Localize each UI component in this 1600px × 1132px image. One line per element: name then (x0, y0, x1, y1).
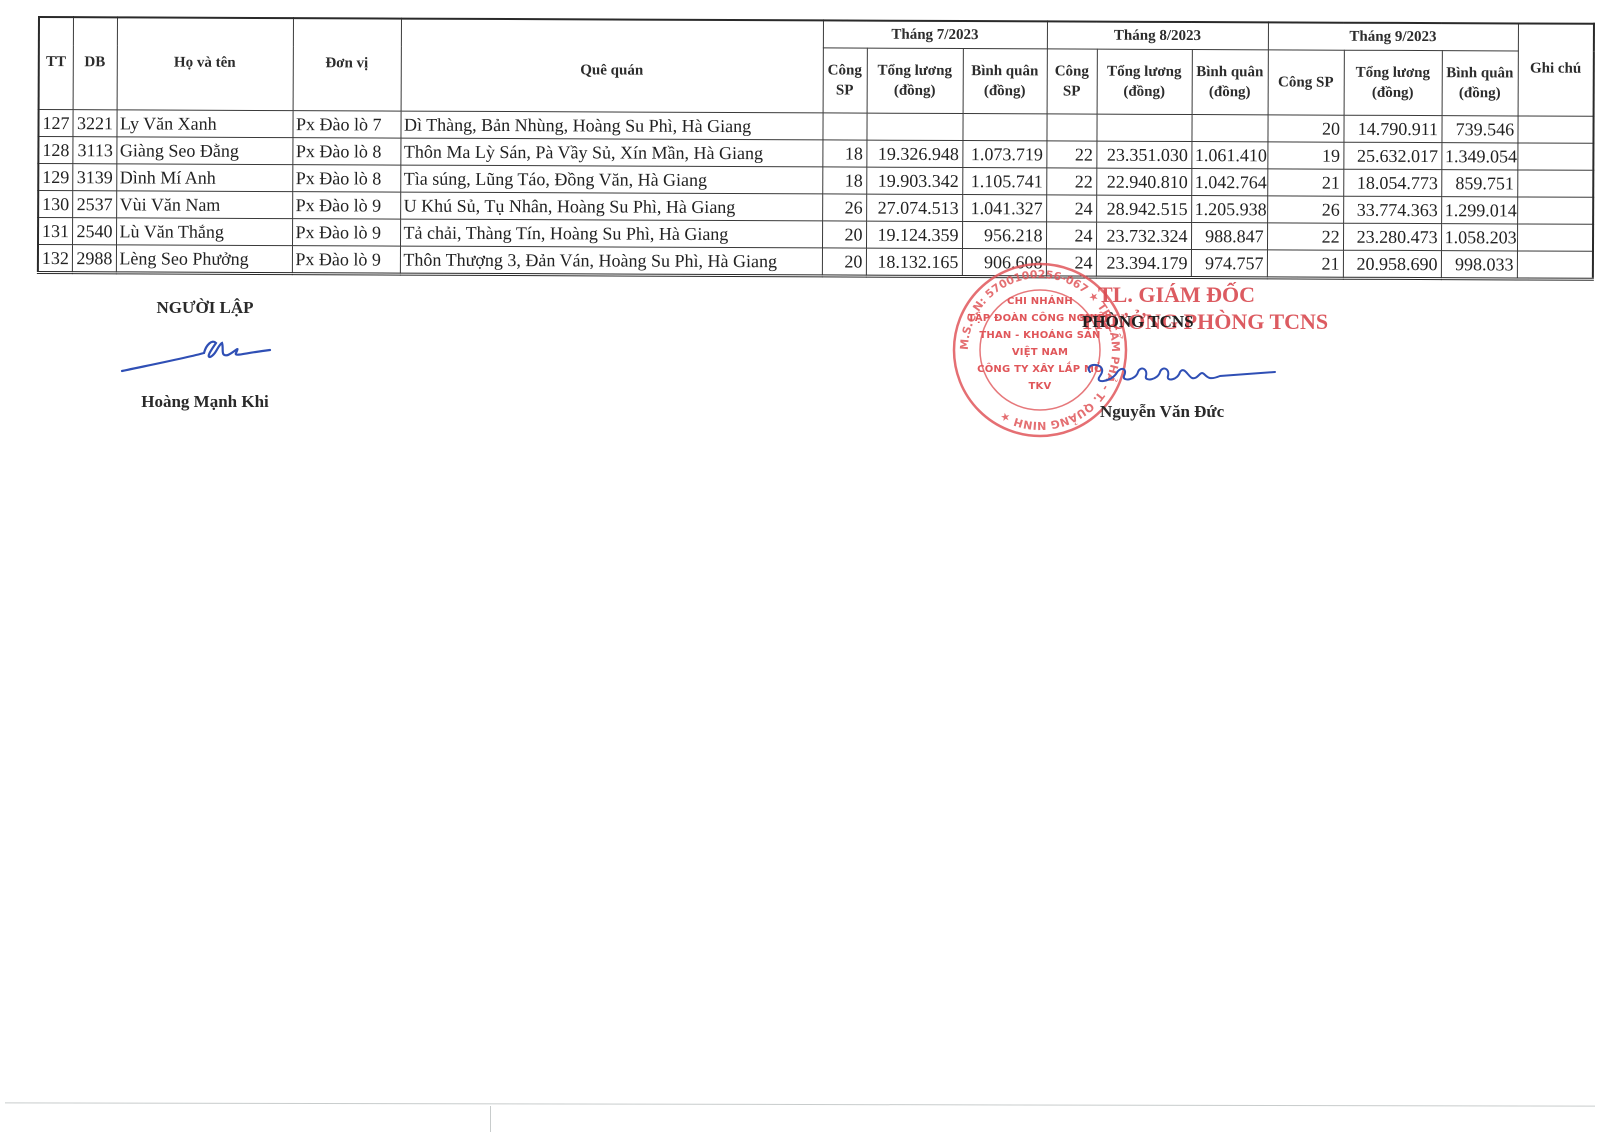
cell-unit: Px Đào lò 9 (292, 192, 400, 219)
cell-m8-tong-luong: 28.942.515 (1096, 195, 1191, 222)
header-db: DB (73, 17, 117, 110)
header-m8-tong-luong: Tổng lương (đồng) (1097, 49, 1192, 114)
header-m8-binh-quan: Bình quân (đồng) (1192, 50, 1268, 115)
cell-tt: 127 (38, 110, 72, 137)
cell-hometown: Thôn Thượng 3, Đản Ván, Hoàng Su Phì, Hà… (400, 246, 822, 276)
cell-m7-tong-luong: 19.124.359 (866, 221, 962, 248)
cell-db: 3139 (72, 164, 116, 191)
header-m7-binh-quan: Bình quân (đồng) (963, 49, 1047, 114)
header-m7-cong-sp: Công SP (823, 48, 867, 113)
signer-right-name: Nguyễn Văn Đức (1100, 402, 1224, 422)
signer-left-name: Hoàng Mạnh Khi (120, 392, 290, 412)
header-tt: TT (39, 17, 73, 110)
salary-table: TT DB Họ và tên Đơn vị Quê quán Tháng 7/… (37, 16, 1595, 281)
signer-left-title: NGƯỜI LẬP (120, 298, 290, 318)
cell-m7-cong-sp: 26 (822, 194, 866, 221)
cell-db: 2537 (72, 191, 116, 218)
cell-m7-binh-quan (962, 114, 1046, 141)
cell-m7-binh-quan: 956.218 (962, 222, 1046, 249)
cell-name: Ly Văn Xanh (116, 110, 292, 138)
signature-left-icon (120, 335, 280, 380)
signer-right-title: PHÒNG TCNS (1082, 312, 1194, 332)
cell-m8-binh-quan (1191, 115, 1267, 142)
cell-unit: Px Đào lò 9 (292, 246, 400, 274)
cell-hometown: U Khú Sủ, Tụ Nhân, Hoàng Su Phì, Hà Gian… (400, 192, 822, 221)
cell-name: Dình Mí Anh (116, 164, 292, 192)
cell-m9-binh-quan: 859.751 (1441, 170, 1517, 197)
cell-m8-cong-sp (1046, 114, 1096, 141)
cell-name: Vùi Văn Nam (116, 191, 292, 219)
cell-m9-binh-quan: 1.299.014 (1441, 197, 1517, 224)
cell-m7-tong-luong (866, 113, 962, 140)
cell-unit: Px Đào lò 8 (292, 138, 400, 165)
header-m7-tong-luong: Tổng lương (đồng) (867, 48, 963, 113)
cell-note (1517, 143, 1593, 170)
header-month-7: Tháng 7/2023 (823, 20, 1047, 48)
cell-tt: 132 (38, 245, 72, 273)
cell-m7-tong-luong: 27.074.513 (866, 194, 962, 221)
cell-m9-binh-quan: 1.058.203 (1441, 224, 1517, 251)
header-m9-binh-quan: Bình quân (đồng) (1442, 51, 1518, 116)
cell-m7-binh-quan: 1.073.719 (962, 141, 1046, 168)
cell-m8-tong-luong: 23.351.030 (1096, 141, 1191, 168)
cell-m7-tong-luong: 19.326.948 (866, 140, 962, 167)
cell-m8-cong-sp: 22 (1046, 141, 1096, 168)
cell-tt: 130 (38, 191, 72, 218)
header-hometown: Quê quán (401, 19, 823, 113)
scan-edge-line (5, 1102, 1595, 1106)
cell-note (1517, 170, 1593, 197)
cell-m9-binh-quan: 998.033 (1441, 251, 1517, 279)
cell-tt: 128 (38, 137, 72, 164)
cell-m9-binh-quan: 1.349.054 (1441, 143, 1517, 170)
cell-name: Giàng Seo Đằng (116, 137, 292, 165)
cell-m9-cong-sp: 26 (1267, 196, 1343, 223)
cell-m9-cong-sp: 21 (1267, 250, 1343, 278)
cell-m9-tong-luong: 18.054.773 (1343, 169, 1441, 196)
cell-m9-cong-sp: 19 (1267, 142, 1343, 169)
table-body: 127 3221 Ly Văn Xanh Px Đào lò 7 Dì Thàn… (38, 110, 1594, 280)
cell-m7-binh-quan: 1.105.741 (962, 168, 1046, 195)
cell-db: 3113 (72, 137, 116, 164)
cell-hometown: Tìa súng, Lũng Táo, Đồng Văn, Hà Giang (400, 165, 822, 194)
header-month-9: Tháng 9/2023 (1268, 22, 1518, 51)
cell-hometown: Dì Thàng, Bản Nhùng, Hoàng Su Phì, Hà Gi… (400, 111, 822, 140)
cell-m8-tong-luong (1096, 114, 1191, 141)
header-month-8: Tháng 8/2023 (1047, 21, 1268, 49)
cell-m9-cong-sp: 21 (1267, 169, 1343, 196)
cell-unit: Px Đào lò 9 (292, 219, 400, 246)
cell-m7-cong-sp (822, 113, 866, 140)
cell-hometown: Thôn Ma Lỳ Sán, Pà Vầy Sủ, Xín Mần, Hà G… (400, 138, 822, 167)
cell-m9-tong-luong: 25.632.017 (1343, 142, 1441, 169)
cell-tt: 131 (38, 218, 72, 245)
cell-m7-cong-sp: 18 (822, 140, 866, 167)
cell-m8-binh-quan: 1.205.938 (1191, 196, 1267, 223)
header-m8-cong-sp: Công SP (1047, 49, 1097, 114)
cell-tt: 129 (38, 164, 72, 191)
scan-edge-tick (490, 1106, 491, 1132)
cell-note (1517, 197, 1593, 224)
signer-left: NGƯỜI LẬP Hoàng Mạnh Khi (120, 298, 290, 318)
cell-m8-binh-quan: 974.757 (1191, 250, 1267, 278)
cell-m7-tong-luong: 18.132.165 (866, 248, 962, 276)
cell-m8-binh-quan: 988.847 (1191, 223, 1267, 250)
cell-m9-tong-luong: 14.790.911 (1344, 115, 1442, 142)
header-m9-cong-sp: Công SP (1268, 50, 1344, 115)
cell-m7-binh-quan: 1.041.327 (962, 195, 1046, 222)
cell-name: Lèng Seo Phưởng (116, 245, 292, 274)
cell-m9-tong-luong: 33.774.363 (1343, 196, 1441, 223)
cell-m8-tong-luong: 22.940.810 (1096, 168, 1191, 195)
cell-m8-tong-luong: 23.732.324 (1096, 222, 1191, 249)
cell-note (1517, 251, 1593, 279)
header-note: Ghi chú (1518, 23, 1594, 116)
cell-unit: Px Đào lò 7 (292, 111, 400, 138)
cell-m7-cong-sp: 20 (822, 221, 866, 248)
cell-db: 3221 (72, 110, 116, 137)
cell-m8-binh-quan: 1.042.764 (1191, 169, 1267, 196)
cell-m7-cong-sp: 18 (822, 167, 866, 194)
signature-right-icon (1080, 358, 1280, 388)
cell-m8-cong-sp: 22 (1046, 168, 1096, 195)
cell-m9-cong-sp: 22 (1267, 223, 1343, 250)
signer-right-red-title-1: TL. GIÁM ĐỐC (1098, 282, 1255, 308)
cell-unit: Px Đào lò 8 (292, 165, 400, 192)
cell-m9-tong-luong: 23.280.473 (1343, 223, 1441, 250)
cell-m9-binh-quan: 739.546 (1442, 116, 1518, 143)
cell-note (1517, 224, 1593, 251)
stamp-line: VIỆT NAM (952, 347, 1128, 358)
cell-db: 2988 (72, 245, 116, 273)
header-name: Họ và tên (117, 17, 293, 110)
cell-m9-tong-luong: 20.958.690 (1343, 250, 1441, 278)
header-m9-tong-luong: Tổng lương (đồng) (1344, 50, 1442, 115)
cell-name: Lù Văn Thắng (116, 218, 292, 246)
cell-m8-cong-sp: 24 (1046, 195, 1096, 222)
cell-m7-tong-luong: 19.903.342 (866, 167, 962, 194)
header-unit: Đơn vị (293, 18, 401, 111)
cell-db: 2540 (72, 218, 116, 245)
cell-note (1518, 116, 1594, 143)
cell-m7-cong-sp: 20 (822, 248, 866, 276)
cell-hometown: Tả chải, Thàng Tín, Hoàng Su Phì, Hà Gia… (400, 219, 822, 248)
cell-m8-cong-sp: 24 (1046, 222, 1096, 249)
cell-m8-binh-quan: 1.061.410 (1191, 142, 1267, 169)
header-row-1: TT DB Họ và tên Đơn vị Quê quán Tháng 7/… (39, 17, 1594, 51)
cell-m9-cong-sp: 20 (1268, 115, 1344, 142)
